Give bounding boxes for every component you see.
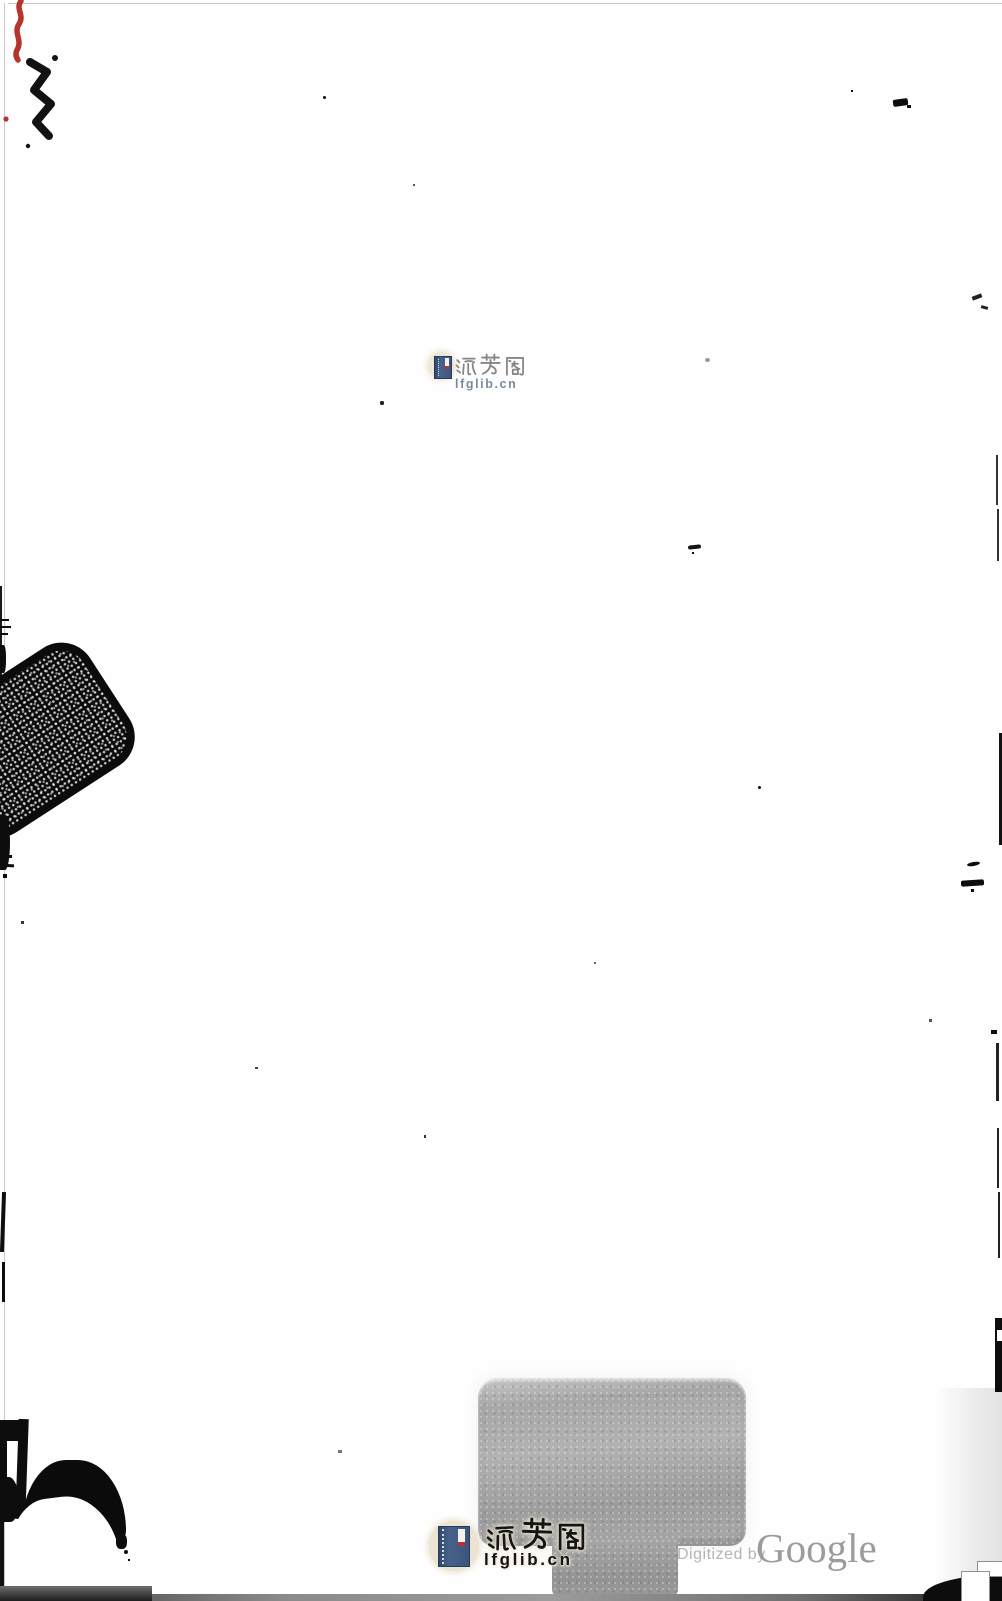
edge-ink-dash	[981, 305, 989, 310]
ink-speck	[692, 552, 694, 554]
book-icon	[438, 1526, 470, 1567]
ink-speck	[338, 1450, 342, 1453]
scan-edge-shadow	[936, 1388, 1002, 1586]
domain-text: lfglib.cn	[484, 1550, 573, 1570]
edge-ink-dash	[0, 619, 9, 621]
scanned-page: lfglib.cn lfglib.cn Digitized by Google	[0, 0, 1002, 1601]
edge-ink-dash	[961, 879, 984, 887]
book-stitch	[438, 359, 439, 376]
book-icon	[434, 356, 452, 379]
edge-ink-line	[997, 509, 999, 561]
ink-speck	[851, 90, 853, 92]
corner-ink-marks	[0, 0, 70, 160]
ink-speck	[124, 1550, 128, 1554]
book-stitch	[442, 1529, 444, 1564]
edge-ink-blob	[0, 645, 6, 673]
edge-ink-dash	[967, 861, 980, 867]
google-logo: Google	[756, 1524, 877, 1572]
book-seal	[445, 366, 449, 369]
frame-line-top	[8, 3, 1002, 4]
edge-ink-dash	[991, 1030, 997, 1034]
corner-cut-step	[961, 1571, 990, 1601]
ink-speck	[758, 786, 761, 789]
edge-ink-dash	[0, 864, 14, 868]
ink-arch-tail	[116, 1534, 127, 1549]
edge-ink-line	[996, 455, 998, 505]
ink-stamp-blob	[0, 630, 148, 851]
digitized-by-label: Digitized by	[677, 1546, 766, 1564]
edge-ink-dash	[0, 626, 11, 628]
ink-speck	[323, 96, 326, 99]
ink-speck	[413, 184, 415, 186]
ink-dash	[688, 544, 701, 549]
edge-ink-dash	[0, 855, 12, 858]
edge-ink-line	[2, 1262, 5, 1302]
edge-ink-line	[997, 1128, 999, 1188]
ink-speck	[971, 889, 974, 892]
ink-speck	[907, 105, 911, 108]
ink-speck	[380, 401, 384, 405]
bottom-left-edge-band	[0, 1586, 152, 1601]
edge-ink-notch	[997, 1330, 1002, 1341]
ink-speck	[21, 921, 24, 924]
corner-ink-strip	[0, 1520, 4, 1588]
edge-ink-dash	[0, 633, 8, 635]
ink-speck	[594, 962, 596, 964]
edge-ink-line	[998, 1192, 1000, 1258]
ink-speck	[424, 1135, 426, 1138]
book-seal	[458, 1542, 465, 1546]
edge-ink-line	[0, 1192, 6, 1252]
ink-speck	[255, 1067, 258, 1069]
ink-speck	[128, 1559, 130, 1561]
ink-speck	[3, 874, 7, 878]
edge-ink-blob	[0, 815, 10, 870]
ink-speck	[929, 1019, 932, 1022]
edge-ink-line	[996, 1043, 999, 1101]
corner-ink-blob	[0, 1477, 19, 1522]
edge-ink-dash	[972, 293, 983, 300]
domain-text: lfglib.cn	[455, 377, 517, 391]
ink-speck	[705, 358, 710, 362]
binder-clip-body	[478, 1378, 746, 1546]
